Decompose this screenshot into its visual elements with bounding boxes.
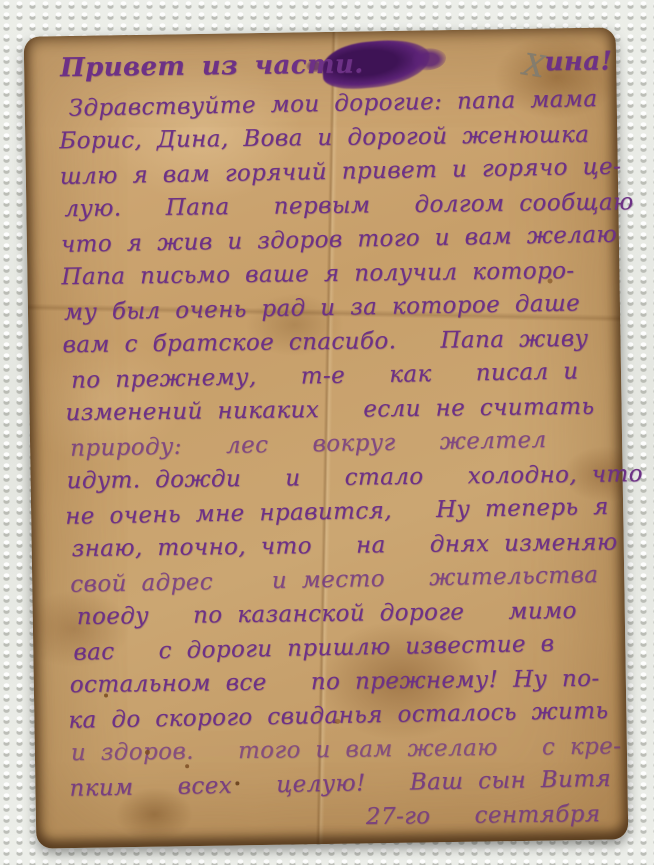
photo-of-letter: { "photo": { "background_color": "#e9eae… xyxy=(0,0,654,865)
letter-card: X Привет из части. ина! Здравствуйте мои… xyxy=(24,27,629,848)
stain-speck xyxy=(104,693,108,697)
stain-speck xyxy=(145,750,150,755)
stain-speck xyxy=(548,278,553,283)
stain-speck xyxy=(334,719,340,724)
stain-speck xyxy=(185,764,189,768)
letter-line: 27-го сентября xyxy=(366,797,608,834)
handwritten-text-block: Привет из части. ина! Здравствуйте мои д… xyxy=(58,41,608,840)
stain-speck xyxy=(235,781,239,785)
